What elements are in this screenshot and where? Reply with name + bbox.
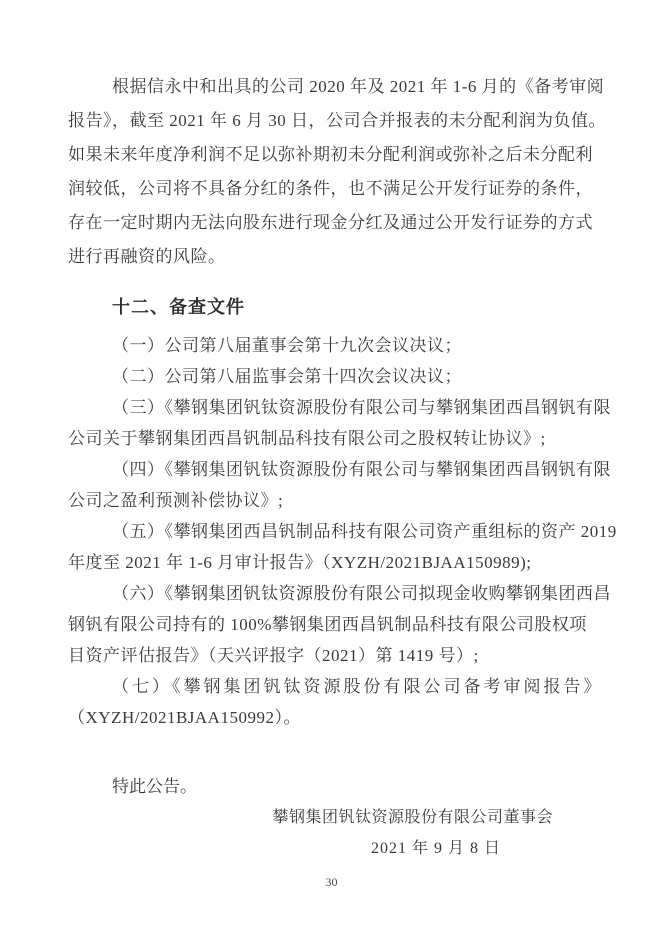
paragraph-risk-disclosure: 根据信永中和出具的公司 2020 年及 2021 年 1-6 月的《备考审阅 报… — [68, 70, 595, 274]
list-item-6-line: 钢钒有限公司持有的 100%攀钢集团西昌钒制品科技有限公司股权项 — [68, 609, 595, 640]
list-item-5-line: （五）《攀钢集团西昌钒制品科技有限公司资产重组标的资产 2019 — [68, 516, 595, 547]
announcement-page: 根据信永中和出具的公司 2020 年及 2021 年 1-6 月的《备考审阅 报… — [0, 0, 660, 934]
section-heading-documents: 十二、备查文件 — [68, 292, 595, 322]
list-item-3-line: 公司关于攀钢集团西昌钒制品科技有限公司之股权转让协议》; — [68, 423, 595, 454]
document-list: （一）公司第八届董事会第十九次会议决议； （二）公司第八届监事会第十四次会议决议… — [68, 330, 595, 733]
list-item-5-line: 年度至 2021 年 1-6 月审计报告》（XYZH/2021BJAA15098… — [68, 547, 595, 578]
list-item-3-line: （三）《攀钢集团钒钛资源股份有限公司与攀钢集团西昌钢钒有限 — [68, 392, 595, 423]
list-item-7-line: （七）《攀钢集团钒钛资源股份有限公司备考审阅报告》 — [68, 671, 595, 702]
list-item-2: （二）公司第八届监事会第十四次会议决议； — [68, 361, 595, 392]
list-item-6-line: （六）《攀钢集团钒钛资源股份有限公司拟现金收购攀钢集团西昌 — [68, 578, 595, 609]
paragraph-line: 报告》，截至 2021 年 6 月 30 日，公司合并报表的未分配利润为负值。 — [68, 104, 595, 138]
closing-statement: 特此公告。 — [68, 771, 595, 802]
list-item-4-line: 公司之盈利预测补偿协议》; — [68, 485, 595, 516]
announcement-date: 2021 年 9 月 8 日 — [68, 833, 595, 864]
paragraph-line: 根据信永中和出具的公司 2020 年及 2021 年 1-6 月的《备考审阅 — [68, 70, 595, 104]
list-item-6-line: 目资产评估报告》（天兴评报字（2021）第 1419 号）; — [68, 640, 595, 671]
paragraph-line: 润较低，公司将不具备分红的条件，也不满足公开发行证券的条件， — [68, 172, 595, 206]
paragraph-line: 存在一定时期内无法向股东进行现金分红及通过公开发行证券的方式 — [68, 206, 595, 240]
list-item-7-line: （XYZH/2021BJAA150992）。 — [68, 702, 595, 733]
signature-board-of-directors: 攀钢集团钒钛资源股份有限公司董事会 — [68, 802, 595, 833]
paragraph-line: 如果未来年度净利润不足以弥补期初未分配利润或弥补之后未分配利 — [68, 138, 595, 172]
paragraph-line: 进行再融资的风险。 — [68, 240, 595, 274]
list-item-1: （一）公司第八届董事会第十九次会议决议； — [68, 330, 595, 361]
list-item-4-line: （四）《攀钢集团钒钛资源股份有限公司与攀钢集团西昌钢钒有限 — [68, 454, 595, 485]
page-number: 30 — [68, 874, 595, 890]
